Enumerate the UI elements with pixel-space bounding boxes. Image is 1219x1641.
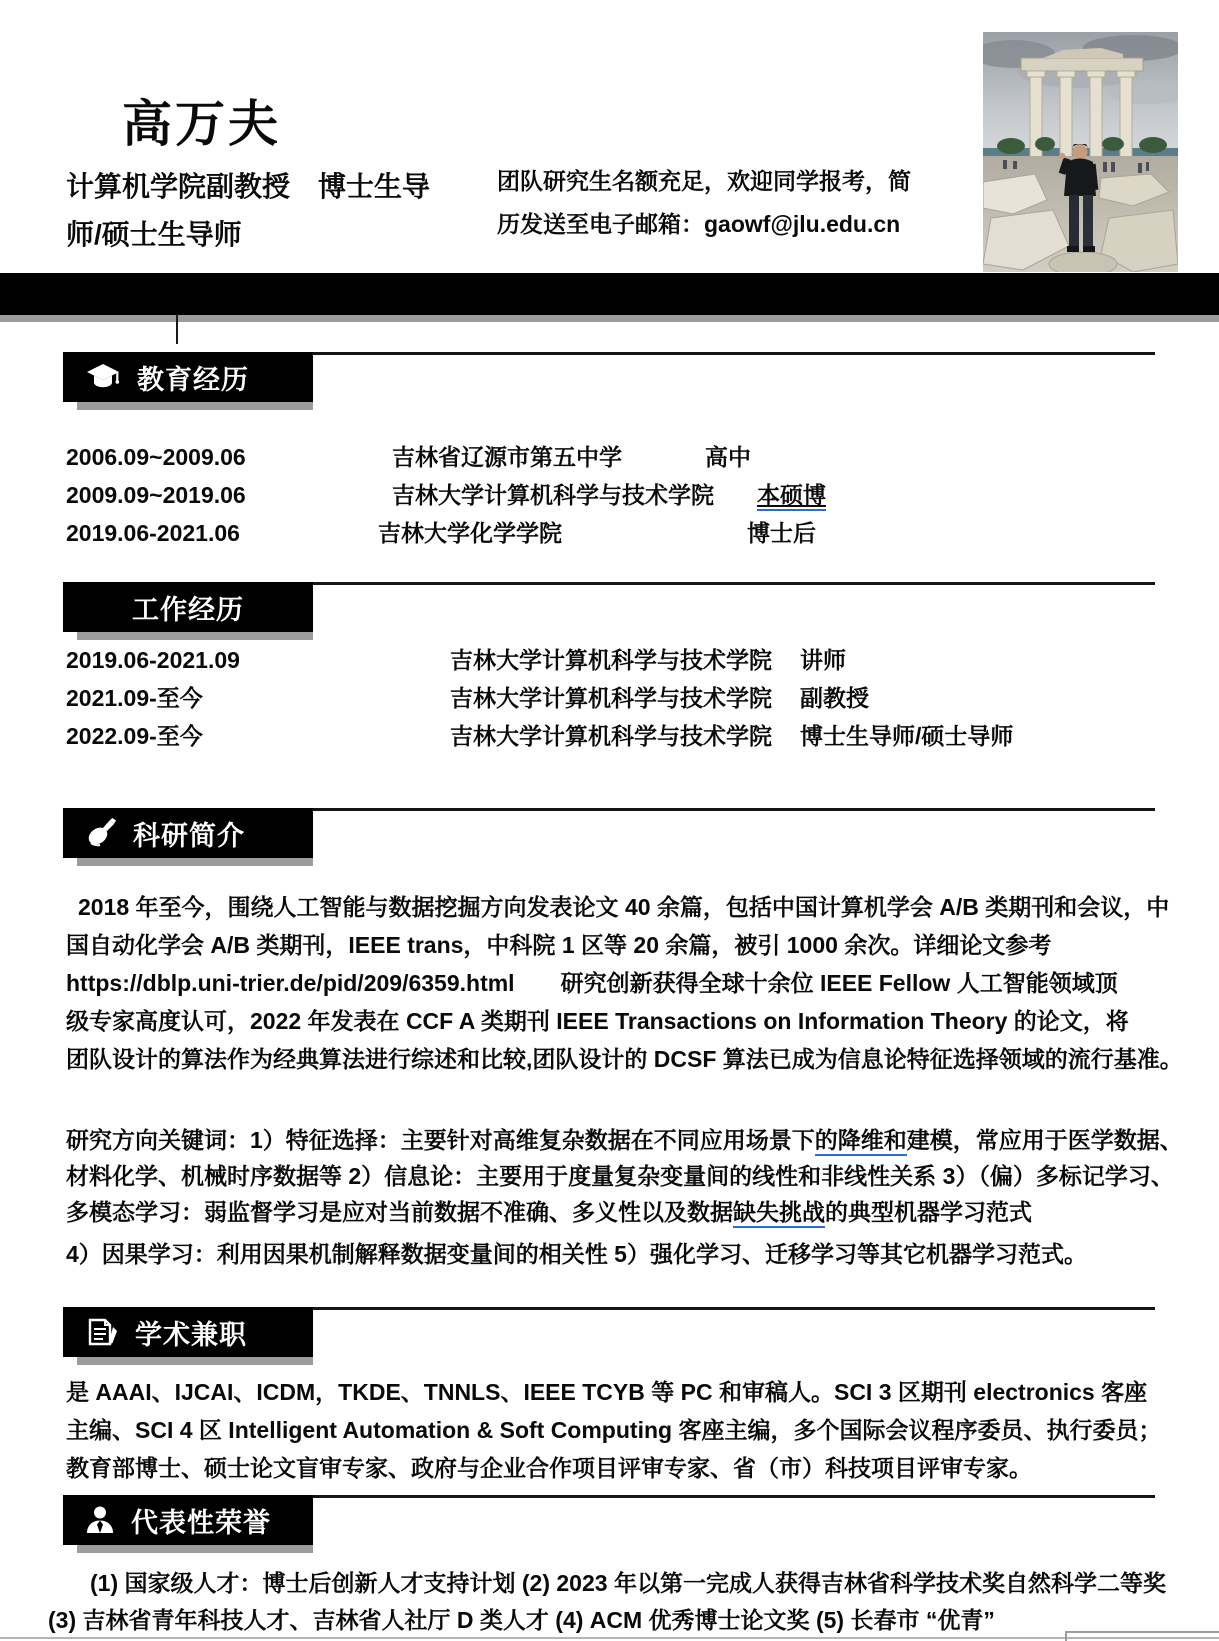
cursor-tick: [176, 314, 178, 344]
badge-shadow: [77, 402, 313, 410]
research-keyword-line: 4）因果学习：利用因果机制解释数据变量间的相关性 5）强化学习、迁移学习等其它机…: [66, 1236, 1166, 1272]
cut-off-box: [1065, 1631, 1219, 1641]
section-title: 工作经历: [132, 588, 244, 627]
education-header: 教育经历: [63, 352, 313, 402]
education-row: 2006.09~2009.06吉林省辽源市第五中学高中: [66, 438, 826, 476]
badge-shadow: [77, 1357, 313, 1365]
document-pen-icon: [85, 1317, 119, 1347]
education-row: 2009.09~2019.06吉林大学计算机科学与技术学院本硕博: [66, 476, 826, 514]
education-period: 2006.09~2009.06: [66, 438, 392, 476]
education-degree: 本硕博: [705, 476, 826, 514]
service-paragraph: 是 AAAI、IJCAI、ICDM，TKDE、TNNLS、IEEE TCYB 等…: [66, 1373, 1166, 1487]
honors-header: 代表性荣誉: [63, 1495, 313, 1545]
research-summary-paragraph: 2018 年至今，围绕人工智能与数据挖掘方向发表论文 40 余篇，包括中国计算机…: [66, 888, 1166, 1078]
education-institution: 吉林省辽源市第五中学: [392, 438, 705, 476]
research-keywords-paragraph: 研究方向关键词：1）特征选择：主要针对高维复杂数据在不同应用场景下的降维和建模，…: [66, 1122, 1166, 1272]
work-row: 2019.06-2021.09吉林大学计算机科学与技术学院讲师: [66, 641, 1013, 679]
research-text-line: 2018 年至今，围绕人工智能与数据挖掘方向发表论文 40 余篇，包括中国计算机…: [66, 888, 1166, 926]
education-degree: 博士后: [705, 514, 816, 552]
text-segment: 材料化学、机械时序数据等 2）信息论：主要用于度量复杂变量间的线性和非线性关系 …: [66, 1163, 1174, 1189]
graduation-cap-icon: [85, 362, 121, 392]
research-keyword-line: 材料化学、机械时序数据等 2）信息论：主要用于度量复杂变量间的线性和非线性关系 …: [66, 1158, 1166, 1194]
text-segment: 建模，常应用于医学数据、: [907, 1127, 1183, 1153]
work-position: 副教授: [800, 679, 869, 717]
section-title: 学术兼职: [135, 1313, 247, 1352]
work-row: 2021.09-至今吉林大学计算机科学与技术学院副教授: [66, 679, 1013, 717]
education-institution: 吉林大学化学学院: [378, 514, 705, 552]
spellcheck-underline: 的降维和: [815, 1127, 907, 1156]
honors-paragraph: (1) 国家级人才：博士后创新人才支持计划 (2) 2023 年以第一完成人获得…: [48, 1565, 1178, 1639]
research-keyword-line: 多模态学习：弱监督学习是应对当前数据不准确、多义性以及数据缺失挑战的典型机器学习…: [66, 1194, 1166, 1230]
page-bottom-rule: [0, 1637, 1219, 1639]
divider-bar: [0, 273, 1219, 315]
cv-page: 高万夫 计算机学院副教授 博士生导师/硕士生导师 团队研究生名额充足，欢迎同学报…: [0, 0, 1219, 1641]
honors-text-line: (1) 国家级人才：博士后创新人才支持计划 (2) 2023 年以第一完成人获得…: [48, 1565, 1178, 1602]
education-table: 2006.09~2009.06吉林省辽源市第五中学高中2009.09~2019.…: [66, 438, 826, 552]
work-header: 工作经历: [63, 582, 313, 632]
work-position: 讲师: [800, 641, 846, 679]
divider-bar-shadow: [0, 315, 1219, 322]
work-period: 2021.09-至今: [66, 679, 450, 717]
honors-text-line: (3) 吉林省青年科技人才、吉林省人社厅 D 类人才 (4) ACM 优秀博士论…: [48, 1602, 1178, 1639]
work-position: 博士生导师/硕士导师: [800, 717, 1013, 755]
badge-shadow: [77, 858, 313, 866]
work-institution: 吉林大学计算机科学与技术学院: [450, 641, 800, 679]
section-honors: 代表性荣誉: [0, 1495, 1219, 1555]
recruitment-line: 团队研究生名额充足，欢迎同学报考，简: [497, 160, 937, 203]
person-icon: [85, 1505, 115, 1535]
section-title: 教育经历: [137, 358, 249, 397]
section-work: 工作经历: [0, 582, 1219, 642]
section-education: 教育经历: [0, 352, 1219, 412]
degree-link[interactable]: 本硕博: [757, 482, 826, 511]
work-period: 2022.09-至今: [66, 717, 450, 755]
profile-photo: [983, 32, 1178, 272]
service-header: 学术兼职: [63, 1307, 313, 1357]
section-title: 科研简介: [133, 814, 245, 853]
profile-photo-image: [983, 32, 1178, 272]
writing-hand-icon: [85, 817, 117, 849]
research-keyword-line: 研究方向关键词：1）特征选择：主要针对高维复杂数据在不同应用场景下的降维和建模，…: [66, 1122, 1166, 1158]
education-period: 2009.09~2019.06: [66, 476, 392, 514]
service-text-line: 教育部博士、硕士论文盲审专家、政府与企业合作项目评审专家、省（市）科技项目评审专…: [66, 1449, 1166, 1487]
section-research: 科研简介: [0, 808, 1219, 868]
recruitment-note: 团队研究生名额充足，欢迎同学报考，简 历发送至电子邮箱：gaowf@jlu.ed…: [497, 160, 937, 246]
research-header: 科研简介: [63, 808, 313, 858]
text-segment: 的典型机器学习范式: [825, 1199, 1032, 1225]
work-institution: 吉林大学计算机科学与技术学院: [450, 679, 800, 717]
service-text-line: 是 AAAI、IJCAI、ICDM，TKDE、TNNLS、IEEE TCYB 等…: [66, 1373, 1166, 1411]
work-period: 2019.06-2021.09: [66, 641, 450, 679]
work-row: 2022.09-至今吉林大学计算机科学与技术学院博士生导师/硕士导师: [66, 717, 1013, 755]
badge-shadow: [77, 1545, 313, 1553]
text-segment: 研究方向关键词：1）特征选择：主要针对高维复杂数据在不同应用场景下: [66, 1127, 815, 1153]
research-text-line: https://dblp.uni-trier.de/pid/209/6359.h…: [66, 964, 1166, 1002]
recruitment-email-line: 历发送至电子邮箱：gaowf@jlu.edu.cn: [497, 203, 937, 246]
work-table: 2019.06-2021.09吉林大学计算机科学与技术学院讲师2021.09-至…: [66, 641, 1013, 755]
education-institution: 吉林大学计算机科学与技术学院: [392, 476, 705, 514]
service-text-line: 主编、SCI 4 区 Intelligent Automation & Soft…: [66, 1411, 1166, 1449]
job-title: 计算机学院副教授 博士生导师/硕士生导师: [66, 163, 444, 259]
page-title: 高万夫: [122, 84, 281, 156]
education-period: 2019.06-2021.06: [66, 514, 392, 552]
work-institution: 吉林大学计算机科学与技术学院: [450, 717, 800, 755]
education-degree: 高中: [705, 438, 751, 476]
section-service: 学术兼职: [0, 1307, 1219, 1367]
section-title: 代表性荣誉: [131, 1501, 271, 1540]
text-segment: 多模态学习：弱监督学习是应对当前数据不准确、多义性以及数据: [66, 1199, 733, 1225]
education-row: 2019.06-2021.06吉林大学化学学院博士后: [66, 514, 826, 552]
research-text-line: 国自动化学会 A/B 类期刊，IEEE trans，中科院 1 区等 20 余篇…: [66, 926, 1166, 964]
spellcheck-underline: 缺失挑战: [733, 1199, 825, 1228]
research-text-line: 级专家高度认可，2022 年发表在 CCF A 类期刊 IEEE Transac…: [66, 1002, 1166, 1040]
badge-shadow: [77, 632, 313, 640]
text-segment: 4）因果学习：利用因果机制解释数据变量间的相关性 5）强化学习、迁移学习等其它机…: [66, 1241, 1087, 1267]
research-text-line: 团队设计的算法作为经典算法进行综述和比较,团队设计的 DCSF 算法已成为信息论…: [66, 1040, 1166, 1078]
